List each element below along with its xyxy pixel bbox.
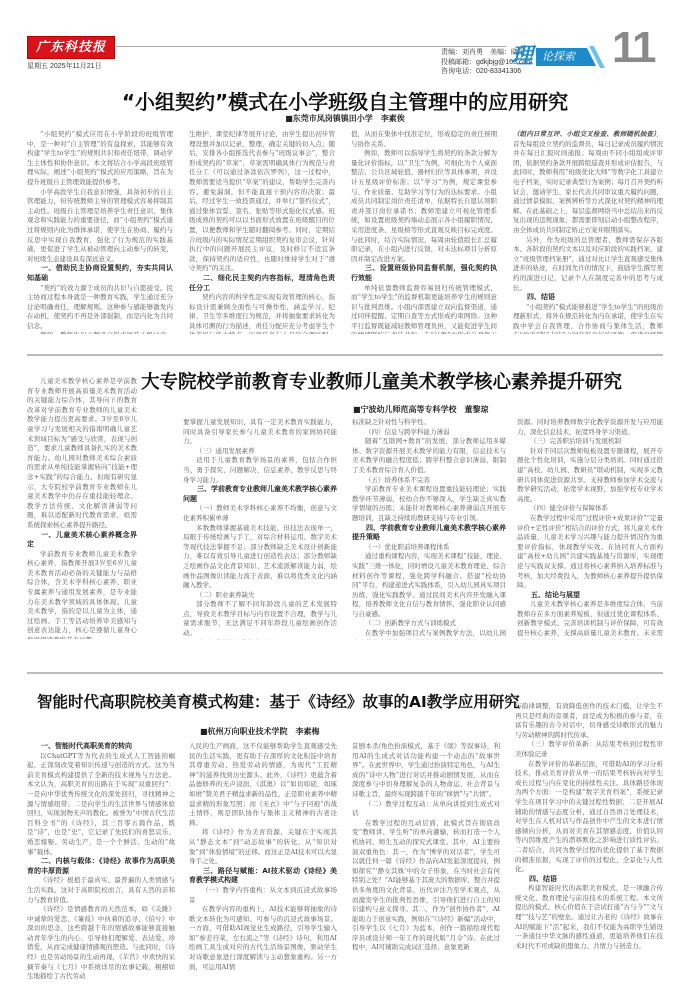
emphasis-text: （组内日常互评、小组交叉检查、教师随机抽查）: [513, 130, 657, 138]
article-2-byline: ■宁波幼儿师范高等专科学校 董黎琼: [353, 404, 489, 415]
body-paragraph: 《诗经》是情感教育的天然范本，如《关雎》中诚挚的爱恋、《蒹葭》中执着的追寻、《伯…: [27, 905, 175, 982]
subsection-heading: （一）优化职前培养课程体系: [352, 543, 506, 553]
body-paragraph: 在教学评价的革新层面，可借助AI的学习分析技术，推动美育评价从单一的结果考核转向…: [515, 760, 663, 875]
body-paragraph: 将《诗经》作为美育资源，关键在于实现其从“静态文本”到“动态故事”的转化，从“知…: [189, 828, 337, 866]
body-paragraph: 学前教育专业教师儿童美术教学核心素养，指教师开展3岁至6岁儿童美术教育活动必备的…: [27, 550, 137, 639]
body-paragraph: 例如，教师先以主题班会形式展开小组讨论，组织学生就班级核心问题如作业提交、卫: [27, 331, 173, 334]
subsection-heading: （一）教师美术学科核心素养不均衡，创意与文化素养积累单薄: [183, 504, 337, 523]
body-paragraph: 随着“互联网+教育”的发展，部分教师运用多媒体、数字资源开展美术教学的能力有限，…: [352, 437, 506, 475]
section-heading: 一、智能时代高职美育的转向: [27, 742, 175, 752]
article-3-column-3: 景剧本杀/角色扮演模式，基于《氓》等叙事诗，利用AI的生成式对话功能构建一个动态…: [352, 742, 500, 1007]
section-heading: 四、结语: [513, 293, 663, 303]
article-2-column-1: 儿童美术教学核心素养是学前教育专业教师开展高质量美术教育活动的关键能力综合体，其…: [27, 377, 137, 639]
section-heading: 三、学前教育专业教师儿童美术教学核心素养问题: [183, 485, 337, 504]
body-paragraph: 构建智能时代的高职美育模式，是一项融合传统文化、教育理论与前沿技术的系统工程。本…: [515, 884, 663, 951]
body-paragraph: 另外，作为班级的总管理者，教师需保存各版本、各阶段的契约文本以及对应阶段的实践档…: [513, 236, 663, 294]
article-2-column-2: 要掌握儿童发展知识，具有一定美术教育实践能力，同时具备引导家长参与儿童美术教育的…: [183, 418, 337, 640]
body-paragraph: 标准缺乏针对性与科学性。: [352, 418, 506, 428]
section-badge-char: 理: [511, 43, 533, 69]
body-paragraph: 儿童美术教学核心素养是多维度综合体，当前教师存在多方面素养短板，但通过优化课程体…: [517, 600, 663, 640]
subsection-heading: （五）培养体系不完善: [352, 476, 506, 486]
body-paragraph: 在教学过程中采用“过程评价+成果评价”“定量评价+定性评价”相结合的评价方式，将…: [517, 514, 663, 591]
body-paragraph: 以ChatGPT等为代表的生成式人工智能的崛起，正深刻改变着知识传递与创造的方式…: [27, 752, 175, 858]
body-paragraph: 小学高段学生自我意识增强，具备初步的自主管理能力，但传统教师主导的管理模式容易抑…: [27, 188, 173, 265]
subsection-heading: （二）职业素养缺失: [183, 591, 337, 601]
body-paragraph: “小组契约”模式能够推进“学生to学生”的班级治理新形式，将外在规范转化为内在承…: [513, 303, 663, 334]
body-paragraph: 针对不同层次教师短板设置专题课程，展开专题化个性化培训，实施分层分类培训。同时通…: [517, 447, 663, 505]
body-paragraph: 多数教师掌握基础美术技能，但技法表现单一，局限于传统绘画与手工，对综合材料运用、…: [183, 524, 337, 591]
page-number: 11: [612, 26, 655, 70]
article-divider-1: [27, 354, 663, 356]
body-paragraph: 适用于儿童教育教学场景的素养，包括合作担当、勇于探究、问题解决、信息素养、教学反…: [183, 456, 337, 485]
article-3-title: 智能时代高职院校美育模式构建：基于《诗经》故事的AI教学应用研究: [37, 690, 520, 712]
masthead-rule: [116, 46, 506, 47]
subsection-heading: （一）教学内容重构：从文本到沉浸式故事场景: [189, 886, 337, 905]
body-paragraph: 要掌握儿童发展知识，具有一定美术教育实践能力，同时具备引导家长参与儿童美术教育的…: [183, 418, 337, 447]
newspaper-logo: 广东科技报: [27, 36, 115, 59]
body-paragraph: 例如，教师可以指导学生将契约的条款分解为量化评价指标，以“卫生”为例，可细化为个…: [351, 149, 497, 264]
article-1-column-1: “小组契约”模式应用在小学阶段的班级管理中，是一种对“自主管理”的有益探索，其能…: [27, 130, 173, 334]
section-badge: 理 论探索: [511, 43, 611, 69]
body-paragraph: “契约”的效力源于成员的共识与自愿接受。民主协商过程本身就是一种教育实践，学生通…: [27, 284, 173, 332]
article-3-byline: ■杭州万向职业技术学院 李素梅: [200, 726, 320, 737]
subsection-heading: （三）教学评价革新：从结果考核到过程性审美体验记录: [515, 740, 663, 759]
article-2-column-4: 资源。同时培养教师数字化教学资源开发与应用能力，深化信息技术，拓宽终身学习渠道。…: [517, 418, 663, 640]
body-paragraph: “小组契约”模式应用在小学阶段的班级管理中，是一种对“自主管理”的有益探索，其能…: [27, 130, 173, 188]
article-1-column-3: 值，从而在集体中找准定位，形成稳定的责任预期与协作关系。例如，教师可以指导学生将…: [351, 130, 497, 334]
body-paragraph: 单纯依靠教师监督容易回归传统管理模式，而“学生to学生”的监督机制更能培养学生的…: [351, 284, 497, 335]
subsection-heading: （三）通用发展素养: [183, 447, 337, 457]
body-paragraph: 学前教育专业美术课程设置重技能轻理论；实践教学环节薄弱，校幼合作不够深入，学生缺…: [352, 485, 506, 523]
article-1-column-2: 生维护、课堂纪律等展开讨论，由学生提出初步管理设想并加以记录、整理，确定关键的切…: [189, 130, 335, 334]
section-heading: 五、结论与展望: [517, 591, 663, 601]
article-3-column-1: 一、智能时代高职美育的转向以ChatGPT等为代表的生成式人工智能的崛起，正深刻…: [27, 742, 175, 1007]
section-heading: 三、路径与赋能：AI技术驱动《诗经》美育教学模式构建: [189, 867, 337, 886]
body-paragraph: 契约内容的科学性是实现有效管理的核心，指标设计需兼顾全面性与可操作性，涵盖学习、…: [189, 293, 335, 334]
section-heading: 一、儿童美术核心素养概念界定: [27, 531, 137, 550]
subsection-heading: （四）健全评价与保障体系: [517, 504, 663, 514]
section-heading: 四、结语: [515, 875, 663, 885]
section-heading: 二、细化民主契约内容指标，理清角色责任分工: [189, 274, 335, 293]
subsection-heading: （三）完善职后培训与发展机制: [517, 437, 663, 447]
subsection-heading: （四）信息与跨学科能力薄弱: [352, 428, 506, 438]
article-2-title: 大专院校学前教育专业教师儿童美术教学核心素养提升研究: [141, 368, 622, 394]
subsection-heading: （二）教学过程互动：从单向讲授到生成式对话: [352, 800, 500, 819]
body-paragraph: 在教学中加强项目式与案例教学方法，以幼儿园真实任务为载体，通过案例分析提升实践应…: [352, 629, 506, 640]
body-paragraph: 通过重构课程内容，实现美术课程“技能、理论、实践”三维一体化，同时增设儿童美术教…: [352, 552, 506, 619]
body-paragraph: 值，从而在集体中找准定位，形成稳定的责任预期与协作关系。: [351, 130, 497, 149]
section-heading: 一、借助民主协商设置契约，夯实共同认知基础: [27, 264, 173, 283]
body-paragraph: 与韵律调整，有效降低创作的技术门槛，让学生不再只是经典的旁观者，而是成为积极的参…: [515, 702, 663, 740]
body-paragraph: 在教学内容的重构上，AI技术能够将抽象的诗歌文本转化为可感知、可参与的沉浸式故事…: [189, 905, 337, 972]
subsection-heading: （二）创新教学方式与训练模式: [352, 619, 506, 629]
issue-date: 星期五 2025年11月21日: [27, 61, 102, 71]
section-badge-label: 论探索: [536, 48, 596, 66]
body-paragraph: 部分教师不了解不同年龄段儿童的艺术发展特点，导致美术教学目标与内容设置不合理，教…: [183, 600, 337, 638]
section-heading: 三、设置班级协同监督机制，强化契约执行效能: [351, 264, 497, 283]
section-heading: 二、内核与载体：《诗经》故事作为高职美育的丰厚资源: [27, 857, 175, 876]
article-1-title: “小组契约”模式在小学班级自主管理中的应用研究: [0, 86, 690, 115]
body-paragraph: 《诗经》根植于最真实、最普遍的人类情感与生活实践。这对于高职院校而言，具有天然的…: [27, 876, 175, 905]
article-1-byline: ■东莞市凤岗镇镇田小学 李素俟: [0, 113, 690, 124]
section-heading: 四、学前教育专业教师儿童美术教学核心素养提升策略: [352, 524, 506, 543]
article-3-column-4: 与韵律调整，有效降低创作的技术门槛，让学生不再只是经典的旁观者，而是成为积极的参…: [515, 702, 663, 1007]
body-paragraph: （组内日常互评、小组交叉检查、教师随机抽查），首先每组设立契约的监督员，每日记录…: [513, 130, 663, 236]
article-3-column-2: 人民的生产画面，这不仅能够帮助学生直观感受先民的生活实践，更有助于在深厚的文化积…: [189, 742, 337, 1007]
article-divider-2: [27, 672, 663, 674]
article-1-column-4: （组内日常互评、小组交叉检查、教师随机抽查），首先每组设立契约的监督员，每日记录…: [513, 130, 663, 334]
subsection-heading: （三）教学与评价能力不足: [183, 639, 337, 640]
body-paragraph: 资源。同时培养教师数字化教学资源开发与应用能力，深化信息技术，拓宽终身学习渠道。: [517, 418, 663, 437]
body-paragraph: 生维护、课堂纪律等展开讨论，由学生提出初步管理设想并加以记录、整理，确定关键的切…: [189, 130, 335, 274]
body-paragraph: 景剧本杀/角色扮演模式，基于《氓》等叙事诗，利用AI的生成式对话功能构建一个动态…: [352, 742, 500, 800]
body-paragraph: 儿童美术教学核心素养是学前教育专业教师开展高质量美术教育活动的关键能力综合体，其…: [27, 377, 137, 531]
body-paragraph: 人民的生产画面，这不仅能够帮助学生直观感受先民的生活实践，更有助于在深厚的文化积…: [189, 742, 337, 828]
article-2-column-3: 标准缺乏针对性与科学性。（四）信息与跨学科能力薄弱随着“互联网+教育”的发展，部…: [352, 418, 506, 640]
body-paragraph: 在教学过程的互动层面，此模式旨在彻底改变“教师讲、学生听”的单向灌输，转而打造一…: [352, 819, 500, 953]
